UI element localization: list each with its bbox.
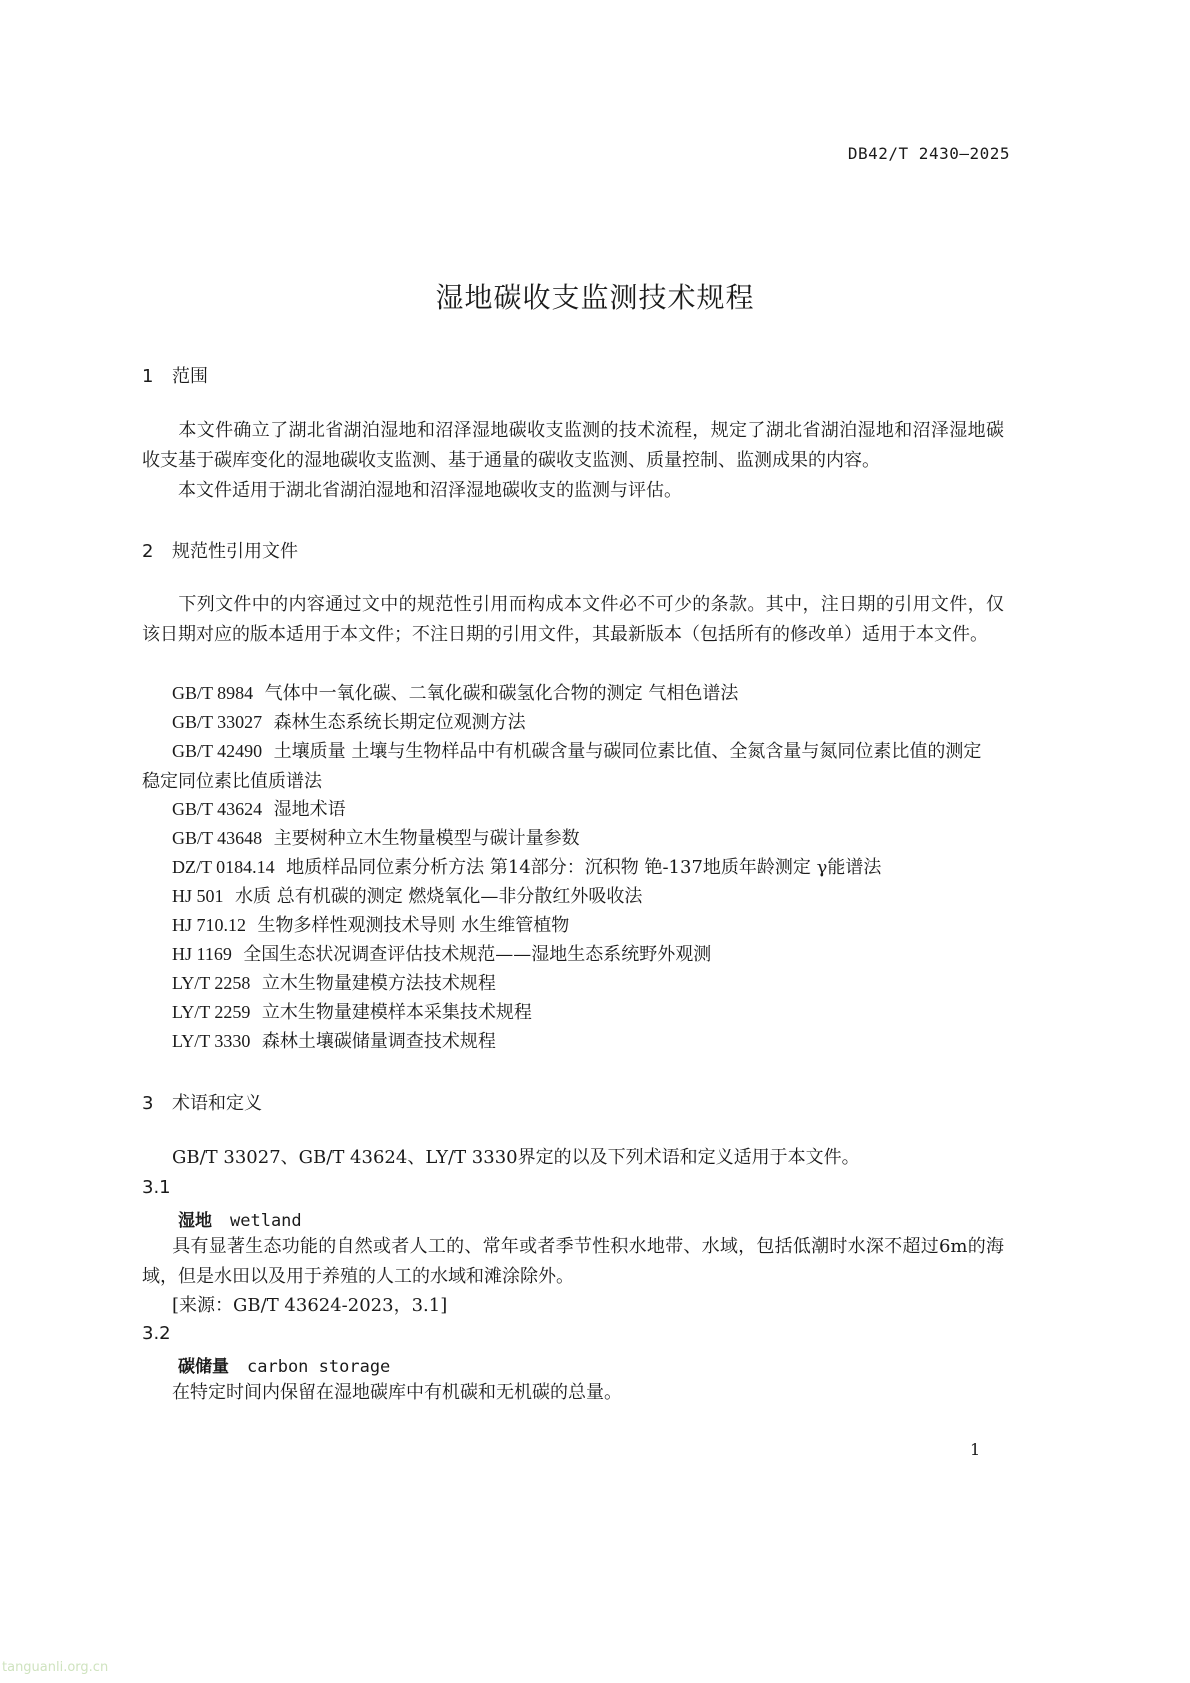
section-heading-terms-definitions: 3术语和定义 xyxy=(142,1089,262,1115)
section-heading-scope: 1范围 xyxy=(142,362,208,388)
references-intro: 下列文件中的内容通过文中的规范性引用而构成本文件必不可少的条款。其中，注日期的引… xyxy=(142,590,1004,650)
term-number: 3.2 xyxy=(142,1323,171,1344)
page-number: 1 xyxy=(970,1440,980,1459)
section-title: 范围 xyxy=(172,366,208,387)
reference-item: LY/T 2258 立木生物量建模方法技术规程 xyxy=(142,968,1004,999)
term-heading-wetland: 湿地wetland xyxy=(178,1206,302,1231)
term-definition-carbon-storage: 在特定时间内保留在湿地碳库中有机碳和无机碳的总量。 xyxy=(142,1378,1004,1408)
section-number: 2 xyxy=(142,541,172,562)
section-number: 3 xyxy=(142,1093,172,1114)
terms-intro: GB/T 33027、GB/T 43624、LY/T 3330界定的以及下列术语… xyxy=(142,1143,1004,1173)
document-title: 湿地碳收支监测技术规程 xyxy=(0,276,1190,316)
reference-item: DZ/T 0184.14 地质样品同位素分析方法 第14部分：沉积物 铯-137… xyxy=(142,852,1004,883)
term-heading-carbon-storage: 碳储量carbon storage xyxy=(178,1352,390,1377)
section-title: 术语和定义 xyxy=(172,1093,262,1114)
section-number: 1 xyxy=(142,366,172,387)
reference-item: GB/T 42490 土壤质量 土壤与生物样品中有机碳含量与碳同位素比值、全氮含… xyxy=(142,736,1004,797)
term-source: [来源：GB/T 43624-2023，3.1] xyxy=(142,1291,1004,1321)
scope-paragraph-2: 本文件适用于湖北省湖泊湿地和沼泽湿地碳收支的监测与评估。 xyxy=(142,476,1004,506)
document-page: DB42/T 2430—2025 湿地碳收支监测技术规程 1范围 本文件确立了湖… xyxy=(0,0,1190,1683)
document-code: DB42/T 2430—2025 xyxy=(848,144,1010,163)
section-heading-normative-references: 2规范性引用文件 xyxy=(142,537,298,563)
reference-item: HJ 710.12 生物多样性观测技术导则 水生维管植物 xyxy=(142,910,1004,941)
reference-item: GB/T 43648 主要树种立木生物量模型与碳计量参数 xyxy=(142,823,1004,854)
section-title: 规范性引用文件 xyxy=(172,541,298,562)
reference-item: LY/T 2259 立木生物量建模样本采集技术规程 xyxy=(142,997,1004,1028)
term-number: 3.1 xyxy=(142,1177,171,1198)
reference-item: GB/T 8984 气体中一氧化碳、二氧化碳和碳氢化合物的测定 气相色谱法 xyxy=(142,678,1004,709)
reference-item: HJ 1169 全国生态状况调查评估技术规范——湿地生态系统野外观测 xyxy=(142,939,1004,970)
scope-paragraph-1: 本文件确立了湖北省湖泊湿地和沼泽湿地碳收支监测的技术流程，规定了湖北省湖泊湿地和… xyxy=(142,416,1004,476)
watermark: tanguanli.org.cn xyxy=(2,1660,108,1675)
reference-item: GB/T 33027 森林生态系统长期定位观测方法 xyxy=(142,707,1004,738)
reference-item: HJ 501 水质 总有机碳的测定 燃烧氧化—非分散红外吸收法 xyxy=(142,881,1004,912)
term-definition-wetland: 具有显著生态功能的自然或者人工的、常年或者季节性积水地带、水域，包括低潮时水深不… xyxy=(142,1232,1004,1292)
reference-item: LY/T 3330 森林土壤碳储量调查技术规程 xyxy=(142,1026,1004,1057)
reference-item: GB/T 43624 湿地术语 xyxy=(142,794,1004,825)
